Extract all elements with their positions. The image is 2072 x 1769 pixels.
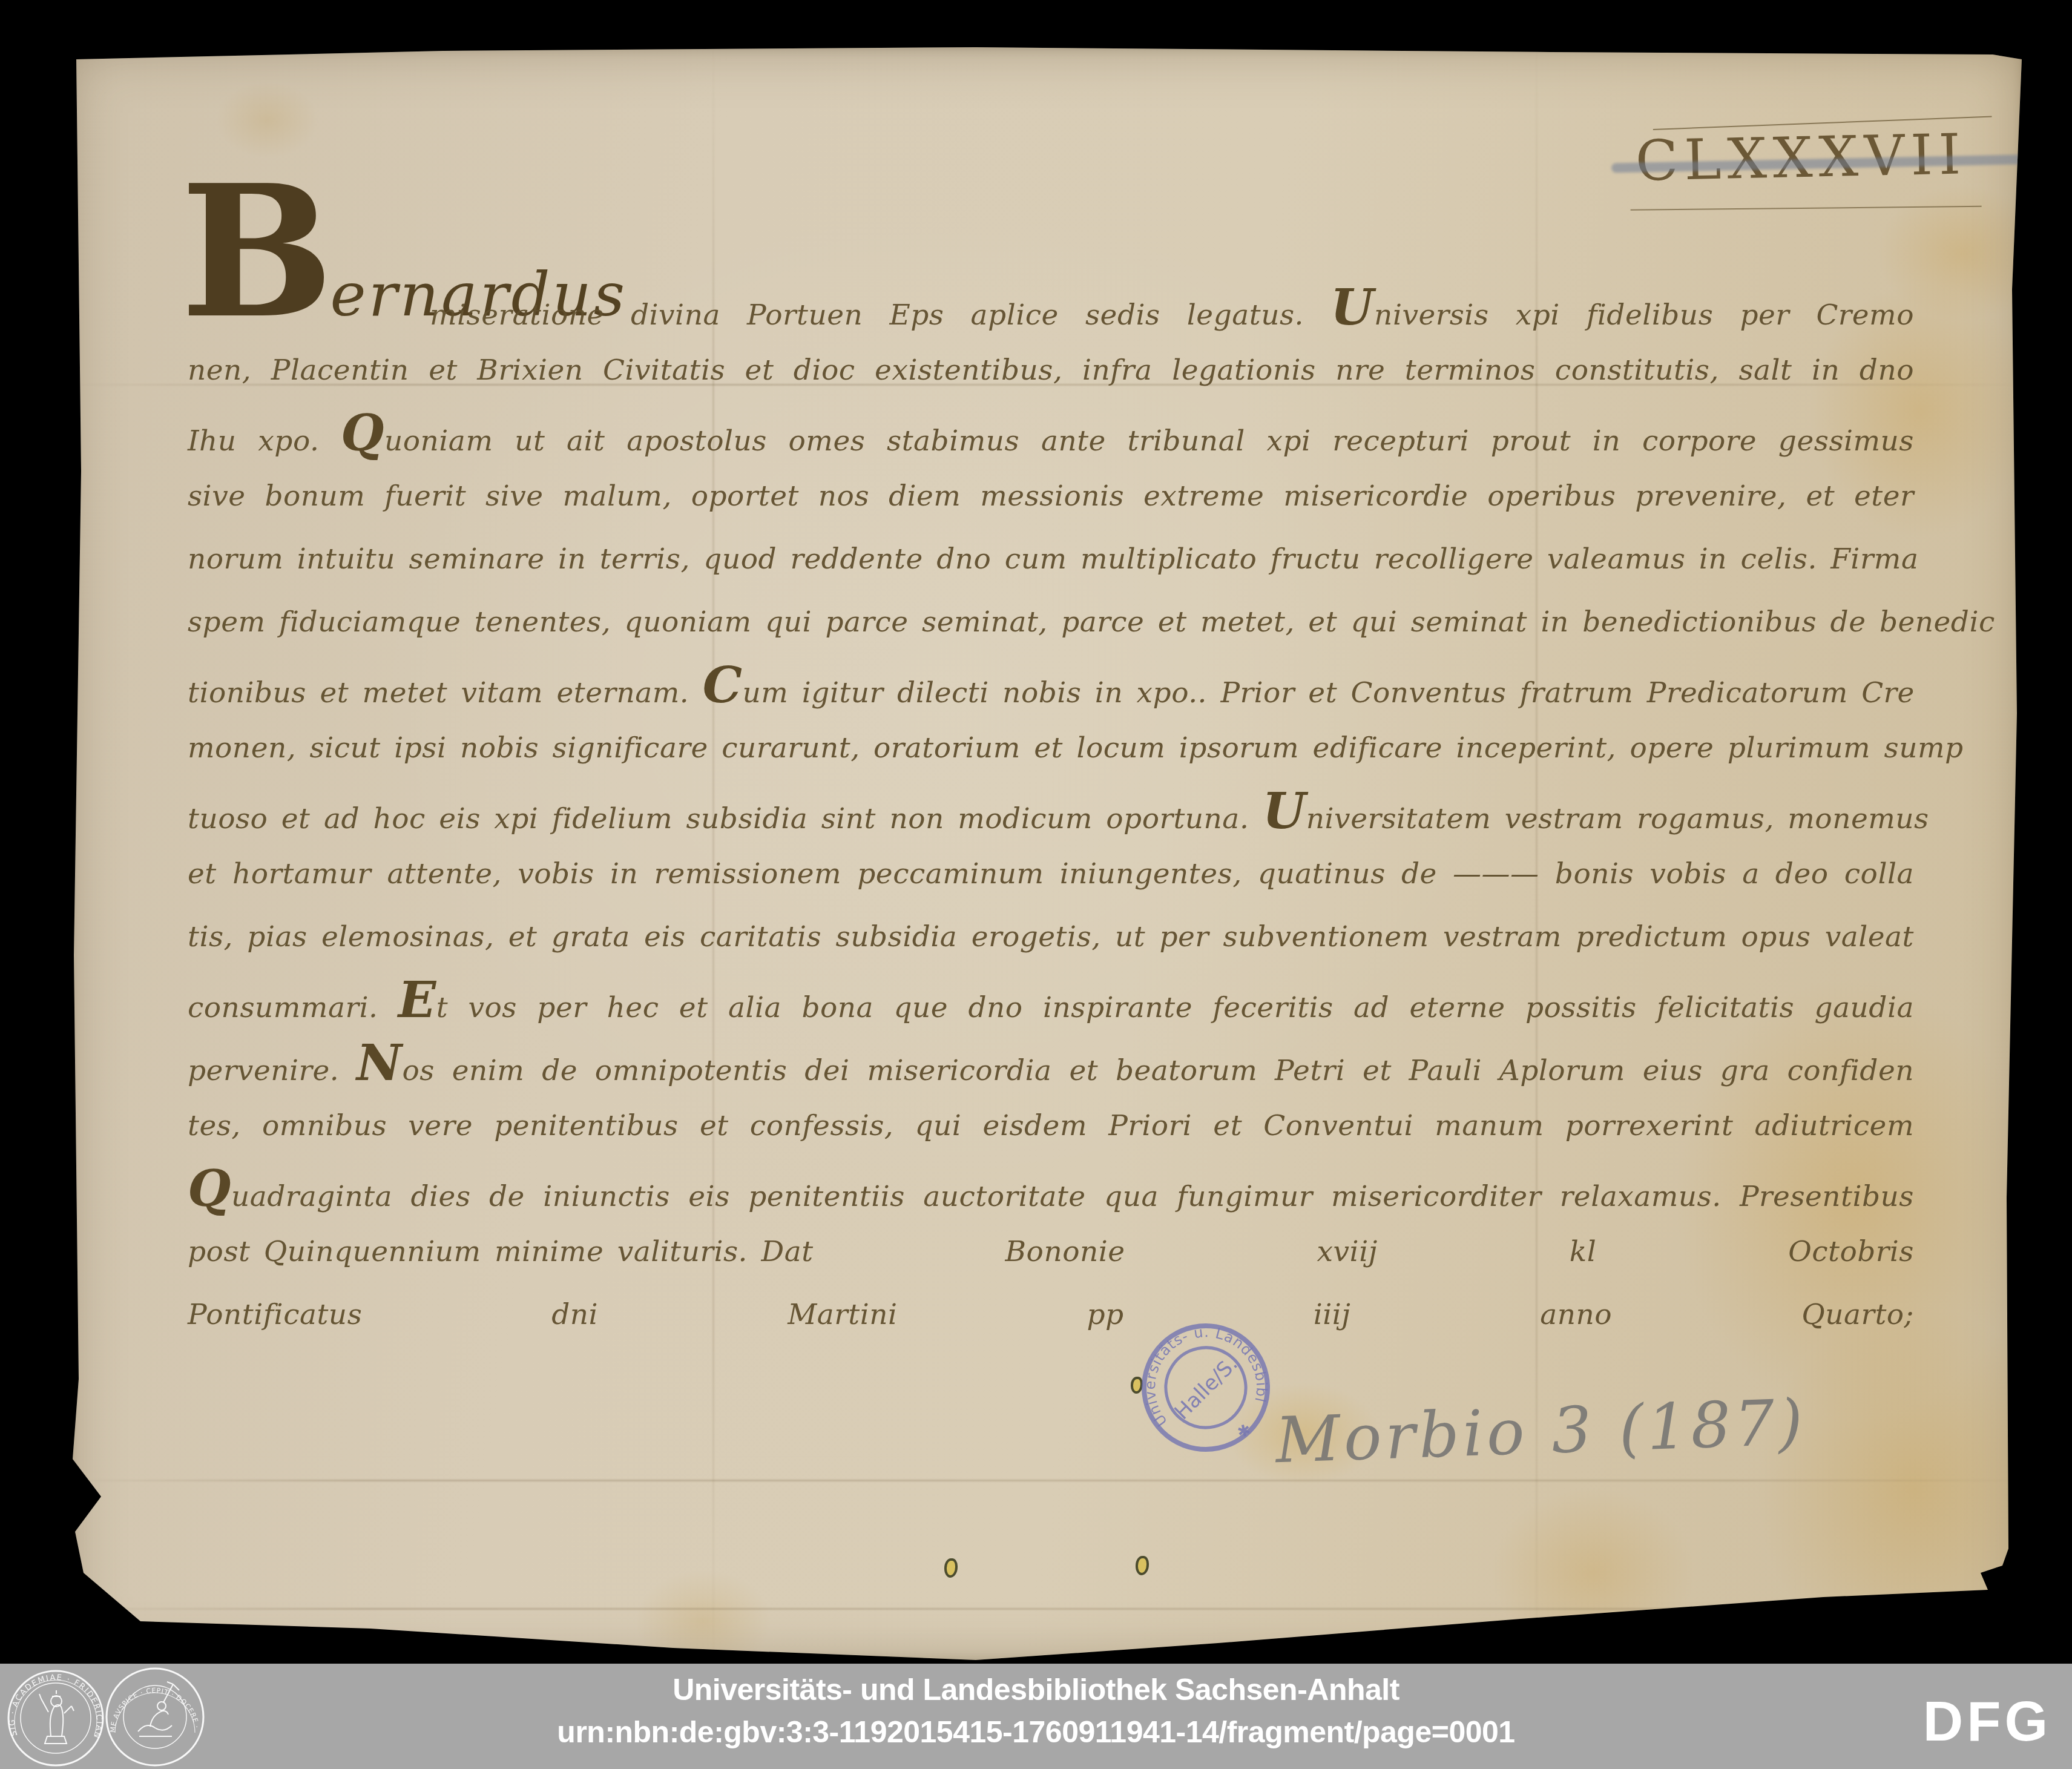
manuscript-segment: consummari.: [188, 991, 398, 1024]
manuscript-line: tis, pias elemosinas, et grata eis carit…: [188, 906, 1914, 969]
seal-left-ring-text: SIG · ACADEMIAE · FRIDERICIANAE: [2, 1664, 104, 1740]
manuscript-capital: Q: [188, 1160, 231, 1218]
manuscript-segment: niversis xpi fidelibus per Cremo: [1374, 298, 1914, 332]
manuscript-line: pervenire. Nos enim de omnipotentis dei …: [188, 1032, 1914, 1095]
manuscript-line: consummari. Et vos per hec et alia bona …: [188, 969, 1914, 1032]
footer-text: Universitäts- und Landesbibliothek Sachs…: [492, 1664, 1581, 1750]
ink-mark: [1136, 1556, 1149, 1575]
manuscript-word: Martini: [788, 1283, 897, 1346]
manuscript-line: tuoso et ad hoc eis xpi fidelium subsidi…: [188, 780, 1914, 843]
library-stamp: Universitäts- u. Landesbibliothek Halle/…: [1111, 1293, 1300, 1482]
manuscript-word: xviij: [1317, 1221, 1378, 1283]
manuscript-segment: spem fiduciamque tenentes, quoniam qui p…: [188, 605, 1995, 639]
manuscript-segment: nen, Placentin et Brixien Civitatis et d…: [188, 354, 1914, 387]
manuscript-capital: N: [357, 1034, 402, 1092]
fold-crease-horizontal: [68, 1480, 2024, 1481]
manuscript-word: anno: [1540, 1283, 1612, 1346]
manuscript-segment: uoniam ut ait apostolus omes stabimus an…: [384, 424, 1914, 458]
manuscript-segment: miseratione divina Portuen Eps aplice se…: [430, 298, 1330, 332]
svg-text:SIG · ACADEMIAE · FRIDERICIANA: SIG · ACADEMIAE · FRIDERICIANAE: [2, 1664, 104, 1740]
manuscript-line: PontificatusdniMartinippiiijannoQuarto;: [188, 1283, 1914, 1346]
manuscript-segment: os enim de omnipotentis dei misericordia…: [403, 1054, 1915, 1087]
manuscript-segment: sive bonum fuerit sive malum, oportet no…: [188, 479, 1914, 513]
manuscript-segment: t vos per hec et alia bona que dno inspi…: [436, 991, 1914, 1024]
dfg-logo: DFG: [1923, 1690, 2051, 1754]
manuscript-line: tes, omnibus vere penitentibus et confes…: [188, 1095, 1914, 1158]
manuscript-word: Octobris: [1788, 1221, 1914, 1283]
manuscript-segment: um igitur dilecti nobis in xpo.. Prior e…: [742, 676, 1914, 710]
shelfmark-underline: [1631, 206, 1982, 211]
digitized-manuscript-page: CLXXXVII Bernardus miseratione divina Po…: [0, 0, 2072, 1769]
manuscript-segment: Ihu xpo.: [188, 424, 341, 458]
manuscript-segment: uadraginta dies de iniunctis eis peniten…: [231, 1180, 1914, 1213]
manuscript-line: norum intuitu seminare in terris, quod r…: [188, 528, 1914, 591]
manuscript-segment: tis, pias elemosinas, et grata eis carit…: [188, 920, 1914, 954]
manuscript-capital: U: [1263, 782, 1306, 840]
footer-bar: SIG · ACADEMIAE · FRIDERICIANAE ME AVSPI…: [0, 1664, 2072, 1769]
manuscript-text-block: miseratione divina Portuen Eps aplice se…: [188, 276, 1914, 1346]
manuscript-line: sive bonum fuerit sive malum, oportet no…: [188, 465, 1914, 528]
manuscript-segment: niversitatem vestram rogamus, monemus: [1306, 802, 1929, 835]
parchment-sheet: CLXXXVII Bernardus miseratione divina Po…: [68, 47, 2024, 1662]
manuscript-segment: norum intuitu seminare in terris, quod r…: [188, 542, 1918, 576]
manuscript-line: monen, sicut ipsi nobis significare cura…: [188, 717, 1914, 780]
manuscript-capital: C: [703, 656, 743, 714]
shelfmark-roman-numeral: CLXXXVII: [1628, 96, 2030, 226]
stamp-center-text: Halle/S.: [1170, 1352, 1243, 1425]
manuscript-line: post Quinquennium minime valituris. DatB…: [188, 1221, 1914, 1283]
manuscript-line: et hortamur attente, vobis in remissione…: [188, 843, 1914, 906]
fold-crease-horizontal: [68, 1608, 2024, 1610]
manuscript-segment: tes, omnibus vere penitentibus et confes…: [188, 1109, 1914, 1142]
manuscript-word: Quarto;: [1801, 1283, 1914, 1346]
manuscript-word: Pontificatus: [188, 1283, 362, 1346]
manuscript-segment: tuoso et ad hoc eis xpi fidelium subsidi…: [188, 802, 1263, 835]
manuscript-segment: monen, sicut ipsi nobis significare cura…: [188, 731, 1964, 765]
manuscript-line: spem fiduciamque tenentes, quoniam qui p…: [188, 591, 1914, 654]
university-seals-logo: SIG · ACADEMIAE · FRIDERICIANAE ME AVSPI…: [2, 1664, 211, 1769]
manuscript-capital: U: [1330, 278, 1374, 337]
manuscript-line: tionibus et metet vitam eternam. Cum igi…: [188, 654, 1914, 717]
manuscript-capital: Q: [341, 404, 384, 463]
manuscript-line: Ihu xpo. Quoniam ut ait apostolus omes s…: [188, 402, 1914, 465]
manuscript-segment: et hortamur attente, vobis in remissione…: [188, 857, 1914, 891]
manuscript-word: dni: [551, 1283, 598, 1346]
manuscript-line: nen, Placentin et Brixien Civitatis et d…: [188, 339, 1914, 402]
manuscript-word: post Quinquennium minime valituris. Dat: [188, 1221, 814, 1283]
manuscript-word: kl: [1570, 1221, 1597, 1283]
manuscript-segment: pervenire.: [188, 1054, 357, 1087]
manuscript-word: iiij: [1314, 1283, 1351, 1346]
manuscript-segment: tionibus et metet vitam eternam.: [188, 676, 703, 710]
manuscript-line: miseratione divina Portuen Eps aplice se…: [188, 276, 1914, 339]
manuscript-word: Bononie: [1005, 1221, 1125, 1283]
ink-mark: [944, 1558, 958, 1578]
urn-identifier: urn:nbn:de:gbv:3:3-1192015415-1760911941…: [492, 1715, 1581, 1750]
library-name: Universitäts- und Landesbibliothek Sachs…: [492, 1672, 1581, 1707]
pencil-call-number: Morbio 3 (187): [1274, 1385, 1807, 1478]
manuscript-capital: E: [398, 971, 436, 1029]
manuscript-line: Quadraginta dies de iniunctis eis penite…: [188, 1158, 1914, 1221]
